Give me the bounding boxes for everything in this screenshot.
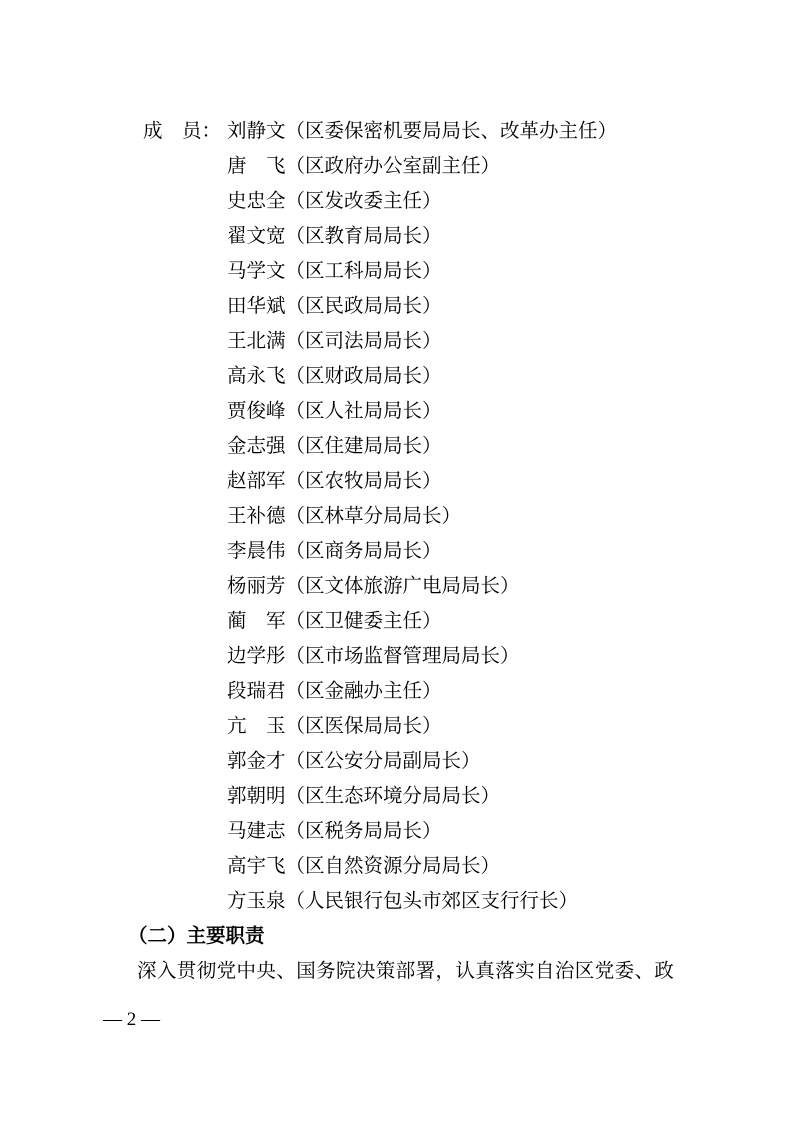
member-title: （区金融办主任） (286, 681, 442, 702)
member-role-label: 成 员： (143, 114, 221, 149)
member-name: 方玉泉 (227, 891, 286, 912)
member-line: 王补德（区林草分局局长） (227, 499, 617, 534)
member-name: 赵部军 (227, 471, 286, 492)
member-line: 赵部军（区农牧局局长） (227, 464, 617, 499)
member-title: （区医保局局长） (286, 716, 442, 737)
member-line: 李晨伟（区商务局局长） (227, 534, 617, 569)
member-line: 王北满（区司法局局长） (227, 324, 617, 359)
member-name: 郭金才 (227, 751, 286, 772)
member-name: 马学文 (227, 261, 286, 282)
member-name: 刘静文 (227, 121, 286, 142)
member-line: 段瑞君（区金融办主任） (227, 674, 617, 709)
member-title: （区农牧局局长） (286, 471, 442, 492)
member-line: 唐 飞（区政府办公室副主任） (227, 149, 617, 184)
member-title: （区财政局局长） (286, 366, 442, 387)
member-title: （区民政局局长） (286, 296, 442, 317)
member-title: （人民银行包头市郊区支行行长） (286, 891, 579, 912)
member-title: （区林草分局局长） (286, 506, 462, 527)
member-line: 高宇飞（区自然资源分局局长） (227, 849, 617, 884)
member-title: （区卫健委主任） (286, 611, 442, 632)
member-title: （区文体旅游广电局局长） (286, 576, 520, 597)
member-title: （区住建局局长） (286, 436, 442, 457)
member-line: 边学彤（区市场监督管理局局长） (227, 639, 617, 674)
member-line: 马建志（区税务局局长） (227, 814, 617, 849)
member-line: 郭金才（区公安分局副局长） (227, 744, 617, 779)
member-line: 蔺 军（区卫健委主任） (227, 604, 617, 639)
section-heading: （二）主要职责 (128, 919, 265, 954)
member-line: 田华斌（区民政局局长） (227, 289, 617, 324)
member-title: （区发改委主任） (286, 191, 442, 212)
page-number: — 2 — (103, 1002, 160, 1037)
member-name: 金志强 (227, 436, 286, 457)
member-title: （区工科局局长） (286, 261, 442, 282)
member-list: 刘静文（区委保密机要局局长、改革办主任）唐 飞（区政府办公室副主任）史忠全（区发… (227, 114, 617, 919)
member-name: 李晨伟 (227, 541, 286, 562)
member-line: 方玉泉（人民银行包头市郊区支行行长） (227, 884, 617, 919)
member-name: 亢 玉 (227, 716, 286, 737)
member-name: 高永飞 (227, 366, 286, 387)
member-name: 翟文宽 (227, 226, 286, 247)
member-title: （区生态环境分局局长） (286, 786, 501, 807)
member-line: 亢 玉（区医保局局长） (227, 709, 617, 744)
member-title: （区公安分局副局长） (286, 751, 481, 772)
member-title: （区教育局局长） (286, 226, 442, 247)
member-line: 贾俊峰（区人社局局长） (227, 394, 617, 429)
member-line: 翟文宽（区教育局局长） (227, 219, 617, 254)
member-title: （区商务局局长） (286, 541, 442, 562)
member-title: （区自然资源分局局长） (286, 856, 501, 877)
member-name: 王补德 (227, 506, 286, 527)
member-name: 郭朝明 (227, 786, 286, 807)
member-name: 田华斌 (227, 296, 286, 317)
member-name: 史忠全 (227, 191, 286, 212)
member-name: 王北满 (227, 331, 286, 352)
member-title: （区政府办公室副主任） (286, 156, 501, 177)
member-title: （区司法局局长） (286, 331, 442, 352)
member-line: 郭朝明（区生态环境分局局长） (227, 779, 617, 814)
member-name: 边学彤 (227, 646, 286, 667)
member-name: 段瑞君 (227, 681, 286, 702)
member-title: （区市场监督管理局局长） (286, 646, 520, 667)
body-paragraph: 深入贯彻党中央、国务院决策部署，认真落实自治区党委、政 (137, 954, 674, 989)
member-name: 贾俊峰 (227, 401, 286, 422)
member-title: （区税务局局长） (286, 821, 442, 842)
member-line: 杨丽芳（区文体旅游广电局局长） (227, 569, 617, 604)
member-name: 杨丽芳 (227, 576, 286, 597)
member-line: 刘静文（区委保密机要局局长、改革办主任） (227, 114, 617, 149)
member-name: 高宇飞 (227, 856, 286, 877)
member-line: 马学文（区工科局局长） (227, 254, 617, 289)
member-name: 蔺 军 (227, 611, 286, 632)
member-line: 高永飞（区财政局局长） (227, 359, 617, 394)
member-name: 唐 飞 (227, 156, 286, 177)
member-title: （区委保密机要局局长、改革办主任） (286, 121, 618, 142)
member-line: 史忠全（区发改委主任） (227, 184, 617, 219)
member-name: 马建志 (227, 821, 286, 842)
member-title: （区人社局局长） (286, 401, 442, 422)
document-page: 成 员： 刘静文（区委保密机要局局长、改革办主任）唐 飞（区政府办公室副主任）史… (0, 0, 793, 1122)
member-line: 金志强（区住建局局长） (227, 429, 617, 464)
